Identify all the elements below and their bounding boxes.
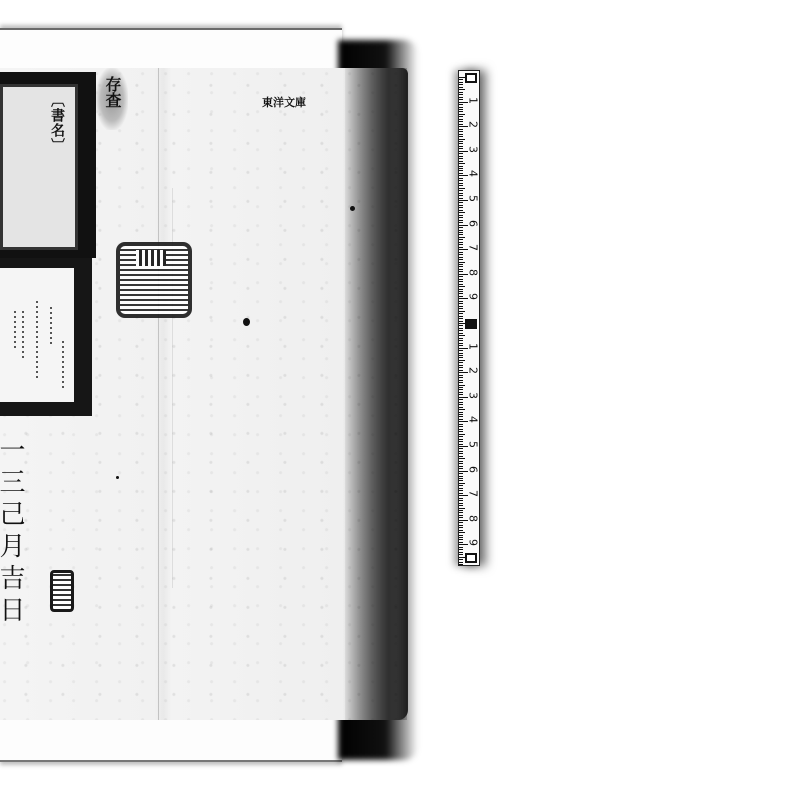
ruler-tick [459,399,463,400]
ruler-tick [459,237,465,238]
ruler-tick [459,493,463,494]
ruler-tick [459,537,463,538]
small-seal-icon [50,570,74,612]
ruler-tick [459,254,463,255]
ruler-label: 1 [467,341,480,351]
ruler-label: 4 [467,169,480,179]
ruler-tick [459,212,465,213]
ruler-tick [459,367,463,368]
ruler-tick [459,139,465,140]
ruler-tick [459,517,463,518]
ruler-tick [459,444,463,445]
ruler-tick [459,532,465,533]
ruler-label: 8 [467,267,480,277]
ruler-tick [459,205,463,206]
title-slip-paper: 〔書名〕 [0,84,78,250]
ruler-tick [459,316,463,317]
ruler-tick [459,141,463,142]
square-seal-icon [116,242,192,318]
ruler-tick [459,335,465,336]
ruler-tick [459,146,463,147]
ruler-tick [459,345,463,346]
label-text-column [50,304,52,344]
ruler-tick [459,109,463,110]
ruler-tick [459,286,465,287]
ruler-tick [459,269,463,270]
ruler-tick [459,252,463,253]
ruler-label: 6 [467,464,480,474]
ruler-label: 2 [467,120,480,130]
ruler-tick [459,510,463,511]
ruler-tick [459,296,463,297]
ink-spot [350,206,355,211]
ruler-label: 4 [467,415,480,425]
ruler-tick [459,461,463,462]
ruler-tick [459,333,463,334]
ruler-tick [459,215,463,216]
label-text-column [62,338,64,388]
ruler-label: 9 [467,292,480,302]
ruler-tick [459,466,463,467]
ruler-tick [459,355,463,356]
ruler-tick [459,350,463,351]
ruler-tick [459,385,465,386]
ruler-tick [459,338,463,339]
ruler-tick [459,362,463,363]
ruler-tick [459,79,463,80]
ruler-tick [459,242,463,243]
ruler-tick [459,419,463,420]
ruler-tick [459,441,463,442]
ruler-tick [459,387,463,388]
ruler-tick [459,279,463,280]
ruler-tick [459,525,463,526]
ruler-tick [459,170,463,171]
ruler-tick [459,210,463,211]
ruler-tick [459,360,465,361]
ruler-tick [459,559,463,560]
ruler-tick [459,266,463,267]
ruler-tick [459,498,463,499]
ruler-tick [459,365,463,366]
ruler-tick [459,306,463,307]
ruler-label: 2 [467,366,480,376]
status-stamp-text: 存查 [103,76,121,108]
ruler-tick [459,434,465,435]
ruler-tick [459,107,463,108]
ruler-tick [459,94,463,95]
ruler-tick [459,456,463,457]
ruler-label: 8 [467,513,480,523]
ruler-tick [459,377,463,378]
book-title: 〔書名〕 [49,93,65,153]
ruler-label: 9 [467,538,480,548]
ruler-tick [459,508,465,509]
ruler-tick [459,301,463,302]
ruler-tick [459,188,465,189]
backing-sheet-bottom [0,720,342,762]
ruler-tick [459,382,463,383]
ruler-tick [459,124,463,125]
ruler-tick [459,178,463,179]
ruler-tick [459,426,463,427]
ruler-tick [459,505,463,506]
ruler-tick [459,173,463,174]
ruler-tick [459,542,463,543]
ruler-tick [459,458,465,459]
ruler-tick [459,99,463,100]
ruler-tick [459,217,463,218]
ruler-tick [459,92,463,93]
ruler-tick [459,166,463,167]
ruler-tick [459,468,463,469]
ruler-tick [459,402,463,403]
ruler-zero-mark [465,319,477,329]
ruler-tick [459,198,463,199]
ruler-tick [459,547,463,548]
ruler-tick [459,293,463,294]
ruler-tick [459,404,463,405]
ruler-tick [459,562,463,563]
ruler-tick [459,276,463,277]
ruler-tick [459,308,463,309]
label-text-column [36,298,38,378]
ruler-tick [459,530,463,531]
ruler-tick [459,375,463,376]
ruler-tick [459,190,463,191]
ruler-tick [459,478,463,479]
ruler-label: 3 [467,144,480,154]
printed-label [0,258,92,416]
ruler-tick [459,380,463,381]
ruler-tick [459,129,463,130]
ruler-tick [459,232,463,233]
ruler-tick [459,431,463,432]
ruler-tick [459,522,463,523]
ruler-tick [459,554,463,555]
ruler-tick [459,453,463,454]
ruler-tick [459,84,463,85]
cover-right-fold [345,68,407,720]
ruler-tick [459,148,463,149]
ruler-tick [459,407,463,408]
ruler-tick [459,134,463,135]
ruler-tick [459,500,463,501]
ruler-tick [459,436,463,437]
ruler-tick [459,222,463,223]
ruler-tick [459,116,463,117]
ruler-tick [459,318,463,319]
ruler-tick [459,552,463,553]
ruler-tick [459,473,463,474]
ruler-label: 1 [467,95,480,105]
ruler-tick [459,143,463,144]
ruler-tick [459,412,463,413]
ruler-tick [459,183,463,184]
ruler-tick [459,281,463,282]
ruler-tick [459,136,463,137]
ruler-tick [459,153,463,154]
ruler-tick [459,259,463,260]
ruler-tick [459,357,463,358]
ruler-tick [459,156,463,157]
ruler-tick [459,119,463,120]
ruler-tick [459,414,463,415]
ruler-tick [459,239,463,240]
ruler-label: 5 [467,440,480,450]
ruler-tick [459,291,463,292]
ruler-tick [459,313,463,314]
ruler-tick [459,247,463,248]
ruler-label: 3 [467,390,480,400]
ruler-tick [459,564,463,565]
ruler-tick [459,330,463,331]
status-stamp: 存查 [96,68,128,130]
label-text-column [14,308,16,348]
ruler-tick [459,321,463,322]
ruler-tick [459,549,463,550]
ruler-tick [459,311,465,312]
ruler-tick [459,539,463,540]
ruler-tick [459,485,463,486]
ruler-tick [459,392,463,393]
ruler-tick [459,483,465,484]
ruler-tick [459,97,463,98]
ruler-tick [459,480,463,481]
ruler-tick [459,234,463,235]
catalog-mark: 東洋文庫 [262,94,306,110]
ruler-tick [459,163,465,164]
ruler-tick [459,424,463,425]
ruler-label: 5 [467,194,480,204]
measuring-scale: 123456789123456789 [458,70,480,566]
ruler-tick [459,463,463,464]
ruler-tick [459,195,463,196]
ruler-tick [459,448,463,449]
handwritten-date: 一三己月吉日 [0,436,24,628]
ruler-tick [459,220,463,221]
ruler-label: 7 [467,243,480,253]
ruler-tick [459,490,463,491]
ruler-tick [459,284,463,285]
ruler-tick [459,244,463,245]
ruler-tick [459,527,463,528]
ruler-tick [459,202,463,203]
ruler-tick [459,207,463,208]
printed-label-paper [0,268,74,402]
ruler-tick [459,389,463,390]
ruler-tick [459,161,463,162]
ruler-tick [459,168,463,169]
ink-spot [243,318,250,326]
ruler-end-mark [465,553,477,563]
ruler-label: 7 [467,489,480,499]
ruler-tick [459,325,463,326]
ruler-tick [459,394,463,395]
ruler-tick [459,451,463,452]
label-text-column [22,308,24,358]
ruler-zero-mark [465,73,477,83]
ink-spot [116,476,119,479]
ruler-tick [459,503,463,504]
ruler-tick [459,114,465,115]
ruler-tick [459,262,465,263]
ruler-tick [459,264,463,265]
ruler-tick [459,185,463,186]
ruler-tick [459,121,463,122]
ruler-tick [459,87,463,88]
backing-sheet-top [0,28,342,70]
ruler-tick [459,409,465,410]
ruler-tick [459,416,463,417]
ruler-tick [459,488,463,489]
ruler-tick [459,340,463,341]
ruler-tick [459,82,463,83]
title-slip: 〔書名〕 [0,72,96,258]
ruler-tick [459,476,463,477]
ruler-tick [459,227,463,228]
ruler-tick [459,257,463,258]
ruler-tick [459,104,463,105]
ruler-tick [459,370,463,371]
ruler-tick [459,429,463,430]
ruler-tick [459,193,463,194]
ruler-tick [459,230,463,231]
ruler-tick [459,353,463,354]
ruler-tick [459,512,463,513]
ruler-tick [459,328,463,329]
ruler-tick [459,180,463,181]
ruler-tick [459,111,463,112]
ruler-tick [459,343,463,344]
ruler-label: 6 [467,218,480,228]
ruler-tick [459,515,463,516]
ruler-tick [459,89,465,90]
ruler-tick [459,131,463,132]
ruler-tick [459,158,463,159]
ruler-tick [459,439,463,440]
ruler-tick [459,289,463,290]
ruler-tick [459,303,463,304]
ruler-tick [459,271,463,272]
paper-fiber [158,68,159,720]
ruler-tick [459,535,463,536]
